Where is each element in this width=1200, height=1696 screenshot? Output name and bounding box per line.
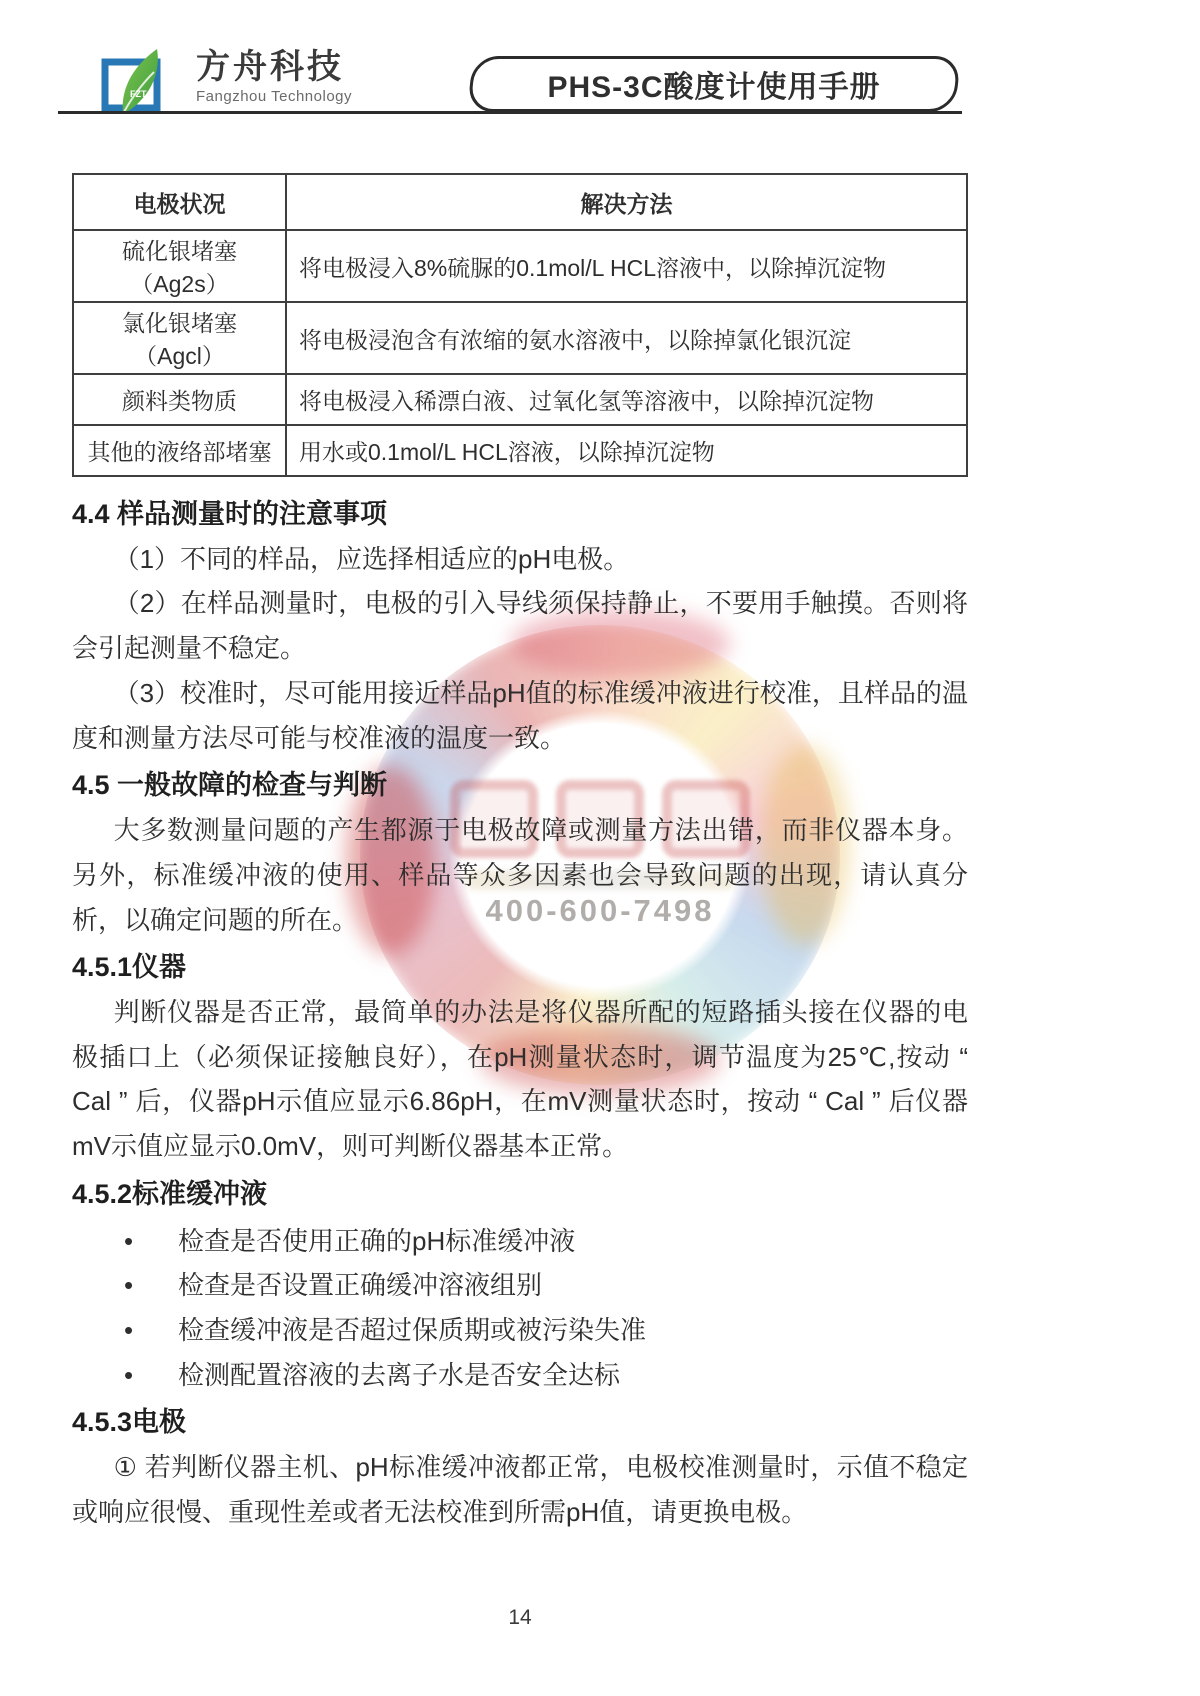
cell-status-junction: 其他的液络部堵塞 [73,425,286,476]
electrode-trouble-table: 电极状况 解决方法 硫化银堵塞（Ag2s） 将电极浸入8%硫脲的0.1mol/L… [72,173,968,477]
page-footer: 14 [72,1606,968,1630]
page-content: 电极状况 解决方法 硫化银堵塞（Ag2s） 将电极浸入8%硫脲的0.1mol/L… [72,173,968,1535]
section-4-5-paragraph-1: 大多数测量问题的产生都源于电极故障或测量方法出错，而非仪器本身。另外，标准缓冲液… [72,808,968,942]
section-4-5-1-heading: 4.5.1仪器 [72,946,968,990]
list-item: 检查是否使用正确的pH标准缓冲液 [72,1219,968,1264]
fangzhou-logo-icon: FZT [100,48,186,118]
section-4-4-paragraph-3: （3）校准时，尽可能用接近样品pH值的标准缓冲液进行校准，且样品的温度和测量方法… [72,671,968,760]
table-row: 颜料类物质 将电极浸入稀漂白液、过氧化氢等溶液中，以除掉沉淀物 [73,374,967,425]
buffer-check-list: 检查是否使用正确的pH标准缓冲液 检查是否设置正确缓冲溶液组别 检查缓冲液是否超… [72,1219,968,1398]
cell-solution-pigment: 将电极浸入稀漂白液、过氧化氢等溶液中，以除掉沉淀物 [286,374,967,425]
section-4-5-2-heading: 4.5.2标准缓冲液 [72,1173,968,1217]
company-logo: FZT 方舟科技 Fangzhou Technology [100,48,352,118]
cell-status-pigment: 颜料类物质 [73,374,286,425]
cell-solution-agcl: 将电极浸泡含有浓缩的氨水溶液中，以除掉氯化银沉淀 [286,302,967,374]
cell-solution-junction: 用水或0.1mol/L HCL溶液，以除掉沉淀物 [286,425,967,476]
page-header: FZT 方舟科技 Fangzhou Technology PHS-3C酸度计使用… [0,0,1200,120]
table-row: 氯化银堵塞（Agcl） 将电极浸泡含有浓缩的氨水溶液中，以除掉氯化银沉淀 [73,302,967,374]
table-row: 其他的液络部堵塞 用水或0.1mol/L HCL溶液，以除掉沉淀物 [73,425,967,476]
header-divider [58,111,962,114]
list-item: 检查缓冲液是否超过保质期或被污染失准 [72,1308,968,1353]
brand-name-en: Fangzhou Technology [196,89,352,104]
section-4-5-3-heading: 4.5.3电极 [72,1401,968,1445]
cell-status-agcl: 氯化银堵塞（Agcl） [73,302,286,374]
list-item: 检测配置溶液的去离子水是否安全达标 [72,1353,968,1398]
cell-status-ag2s: 硫化银堵塞（Ag2s） [73,230,286,302]
col-header-electrode-status: 电极状况 [73,174,286,230]
section-4-5-1-paragraph-1: 判断仪器是否正常，最简单的办法是将仪器所配的短路插头接在仪器的电极插口上（必须保… [72,990,968,1169]
manual-title: PHS-3C酸度计使用手册 [470,56,958,112]
section-4-4-paragraph-2: （2）在样品测量时，电极的引入导线须保持静止，不要用手触摸。否则将会引起测量不稳… [72,581,968,670]
table-header-row: 电极状况 解决方法 [73,174,967,230]
section-4-5-heading: 4.5 一般故障的检查与判断 [72,764,968,808]
section-4-4-heading: 4.4 样品测量时的注意事项 [72,493,968,537]
list-item: 检查是否设置正确缓冲溶液组别 [72,1263,968,1308]
logo-badge-text: FZT [130,89,147,99]
col-header-solution: 解决方法 [286,174,967,230]
section-4-5-3-paragraph-1: ① 若判断仪器主机、pH标准缓冲液都正常，电极校准测量时，示值不稳定或响应很慢、… [72,1445,968,1534]
cell-solution-ag2s: 将电极浸入8%硫脲的0.1mol/L HCL溶液中，以除掉沉淀物 [286,230,967,302]
table-row: 硫化银堵塞（Ag2s） 将电极浸入8%硫脲的0.1mol/L HCL溶液中，以除… [73,230,967,302]
brand-name-cn: 方舟科技 [196,50,352,84]
section-4-4-paragraph-1: （1）不同的样品，应选择相适应的pH电极。 [72,537,968,582]
page-number: 14 [508,1606,531,1629]
